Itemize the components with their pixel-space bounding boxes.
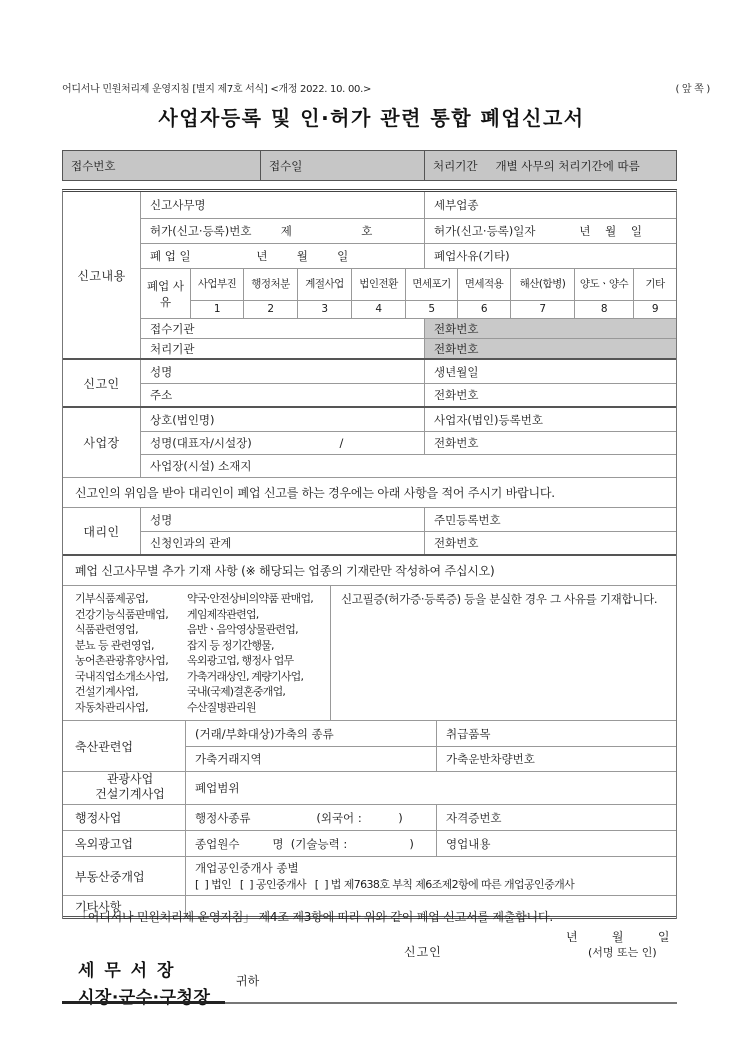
admin-cert-cell: 자격증번호 [437, 805, 676, 830]
industry-list-col2: 약국·안전상비의약품 판매업, 게임제작관련업, 음반ㆍ음악영상물관련업, 잡지… [187, 591, 330, 715]
footer-statement: 「어디서나 민원처리제 운영지침」 제4조 제3항에 따라 위와 같이 폐업 신… [76, 908, 553, 925]
receipt-date-cell: 접수일 [261, 151, 425, 180]
section-outdoor-ad: 옥외광고업 종업원수 명 (기술능력 : ) 영업내용 [63, 831, 676, 857]
form-reference-text: 어디서나 민원처리제 운영지침 [별지 제7호 서식] <개정 2022. 10… [62, 80, 371, 95]
reason-col-label: 법인전환 [351, 269, 405, 300]
workplace-phone-cell: 전화번호 [425, 432, 676, 454]
outdoor-employees-cell: 종업원수 명 (기술능력 : ) [186, 831, 437, 856]
section-tourism-construction: 관광사업 건설기계사업 폐업범위 [63, 772, 676, 805]
reason-col-number: 2 [243, 301, 297, 318]
broker-type-checkboxes: [ ] 법인 [ ] 공인중개사 [ ] 법 제7638호 부칙 제6조제2항에… [195, 876, 667, 892]
admin-type-cell: 행정사종류 (외국어 : ) [186, 805, 437, 830]
realestate-broker-type-cell: 개업공인중개사 종별 [ ] 법인 [ ] 공인중개사 [ ] 법 제7638호… [186, 857, 676, 895]
page-title: 사업자등록 및 인·허가 관련 통합 폐업신고서 [0, 102, 743, 131]
processing-period-value: 개별 사무의 처리기간에 따름 [495, 158, 639, 173]
workplace-regno-cell: 사업자(법인)등록번호 [425, 408, 676, 431]
section-label-admin: 행정사업 [63, 805, 186, 830]
tourism-label-line2: 건설기계사업 [95, 787, 165, 802]
section-workplace: 사업장 상호(법인명) 사업자(법인)등록번호 성명(대표자/시설장) / 전화… [63, 408, 676, 478]
reason-col-number: 8 [574, 301, 633, 318]
section-label-report: 신고내용 [63, 192, 141, 358]
processing-period-cell: 처리기간 개별 사무의 처리기간에 따름 [425, 151, 676, 180]
industry-list-row: 기부식품제공업, 건강기능식품판매업, 식품관련영업, 분뇨 등 관련영업, 농… [63, 586, 676, 721]
processing-office-cell: 처리기관 [141, 339, 425, 358]
receiving-office-phone-cell: 전화번호 [425, 319, 676, 338]
recipient-mayor: 시장·군수·구청장 [78, 983, 210, 1008]
reason-col-number: 6 [457, 301, 510, 318]
receipt-number-cell: 접수번호 [63, 151, 261, 180]
delegation-notice: 신고인의 위임을 받아 대리인이 폐업 신고를 하는 경우에는 아래 사항을 적… [63, 478, 676, 508]
receipt-header-row: 접수번호 접수일 처리기간 개별 사무의 처리기간에 따름 [62, 150, 677, 181]
reason-col-number: 9 [633, 301, 676, 318]
section-label-tourism: 관광사업 건설기계사업 [63, 772, 186, 804]
task-name-cell: 신고사무명 [141, 192, 425, 218]
declarant-address-cell: 주소 [141, 384, 425, 406]
section-livestock: 축산관련업 (거래/부화대상)가축의 종류 취급품목 가축거래지역 가축운반차량… [63, 721, 676, 772]
section-admin-agent: 행정사업 행정사종류 (외국어 : ) 자격증번호 [63, 805, 676, 831]
reason-col-number: 3 [297, 301, 351, 318]
section-realestate: 부동산중개업 개업공인중개사 종별 [ ] 법인 [ ] 공인중개사 [ ] 법… [63, 857, 676, 896]
reason-col-number: 5 [405, 301, 457, 318]
declarant-phone-cell: 전화번호 [425, 384, 676, 406]
industry-note: 신고필증(허가증·등록증) 등을 분실한 경우 그 사유를 기재합니다. [331, 586, 676, 720]
footer-sign-label: (서명 또는 인) [588, 944, 657, 960]
broker-type-label: 개업공인중개사 종별 [195, 860, 667, 876]
reason-col-label: 계절사업 [297, 269, 351, 300]
declarant-birth-cell: 생년월일 [425, 360, 676, 383]
workplace-repname-cell: 성명(대표자/시설장) / [141, 432, 425, 454]
processing-period-label: 처리기간 [433, 158, 477, 173]
tourism-label-line1: 관광사업 [107, 772, 153, 787]
recipient-tax-office: 세 무 서 장 [78, 956, 210, 981]
agent-name-cell: 성명 [141, 508, 425, 531]
reason-col-label: 면세적용 [457, 269, 510, 300]
section-declarant: 신고인 성명 생년월일 주소 전화번호 [63, 360, 676, 408]
permit-date-cell: 허가(신고·등록)일자 년 월 일 [425, 219, 676, 243]
industry-list-col1: 기부식품제공업, 건강기능식품판매업, 식품관련영업, 분뇨 등 관련영업, 농… [75, 591, 187, 715]
outdoor-business-cell: 영업내용 [437, 831, 676, 856]
section-report: 신고내용 신고사무명 세부업종 허가(신고·등록)번호 제 호 허가(신고·등록… [63, 192, 676, 360]
form-table: 신고내용 신고사무명 세부업종 허가(신고·등록)번호 제 호 허가(신고·등록… [62, 189, 677, 919]
agent-relation-cell: 신청인과의 관계 [141, 532, 425, 554]
reason-col-label: 사업부진 [191, 269, 243, 300]
livestock-region-cell: 가축거래지역 [186, 747, 437, 771]
agent-residentno-cell: 주민등록번호 [425, 508, 676, 531]
footer-date: 년 월 일 [566, 928, 669, 945]
receiving-office-cell: 접수기관 [141, 319, 425, 338]
reason-col-label: 해산(합병) [510, 269, 574, 300]
page-header: 어디서나 민원처리제 운영지침 [별지 제7호 서식] <개정 2022. 10… [62, 80, 710, 95]
section-label-outdoor: 옥외광고업 [63, 831, 186, 856]
section-label-workplace: 사업장 [63, 408, 141, 477]
closure-scope-cell: 폐업범위 [186, 772, 676, 804]
closure-reason-grid: 폐업 사유 사업부진 행정처분 계절사업 법인전환 면세포기 면세적용 해산(합… [141, 268, 676, 318]
page-side-indicator: ( 앞 쪽 ) [675, 80, 710, 95]
reason-col-number: 7 [510, 301, 574, 318]
permit-number-cell: 허가(신고·등록)번호 제 호 [141, 219, 425, 243]
reason-col-label: 면세포기 [405, 269, 457, 300]
workplace-company-cell: 상호(법인명) [141, 408, 425, 431]
reason-col-label: 기타 [633, 269, 676, 300]
section-label-livestock: 축산관련업 [63, 721, 186, 771]
section-agent: 대리인 성명 주민등록번호 신청인과의 관계 전화번호 [63, 508, 676, 556]
footer-declarant-label: 신고인 [404, 943, 442, 960]
reason-col-number: 1 [191, 301, 243, 318]
livestock-kind-cell: (거래/부화대상)가축의 종류 [186, 721, 437, 746]
reason-grid-label: 폐업 사유 [141, 269, 191, 318]
section-label-agent: 대리인 [63, 508, 141, 554]
agent-phone-cell: 전화번호 [425, 532, 676, 554]
declarant-name-cell: 성명 [141, 360, 425, 383]
industry-list: 기부식품제공업, 건강기능식품판매업, 식품관련영업, 분뇨 등 관련영업, 농… [63, 586, 331, 720]
processing-office-phone-cell: 전화번호 [425, 339, 676, 358]
detail-type-cell: 세부업종 [425, 192, 676, 218]
extra-items-header: 폐업 신고사무별 추가 기재 사항 (※ 해당되는 업종의 기재란만 작성하여 … [63, 556, 676, 586]
section-label-declarant: 신고인 [63, 360, 141, 406]
reason-col-label: 행정처분 [243, 269, 297, 300]
recipient-suffix: 귀하 [236, 972, 259, 989]
reason-col-label: 양도ㆍ양수 [574, 269, 633, 300]
closure-reason-etc-cell: 폐업사유(기타) [425, 244, 676, 268]
livestock-vehicle-cell: 가축운반차량번호 [437, 747, 676, 771]
reason-col-number: 4 [351, 301, 405, 318]
closure-date-cell: 폐 업 일 년 월 일 [141, 244, 425, 268]
livestock-items-cell: 취급품목 [437, 721, 676, 746]
bottom-rule-dark-segment [62, 1001, 225, 1004]
section-label-realestate: 부동산중개업 [63, 857, 186, 895]
workplace-address-cell: 사업장(시설) 소재지 [141, 455, 676, 477]
